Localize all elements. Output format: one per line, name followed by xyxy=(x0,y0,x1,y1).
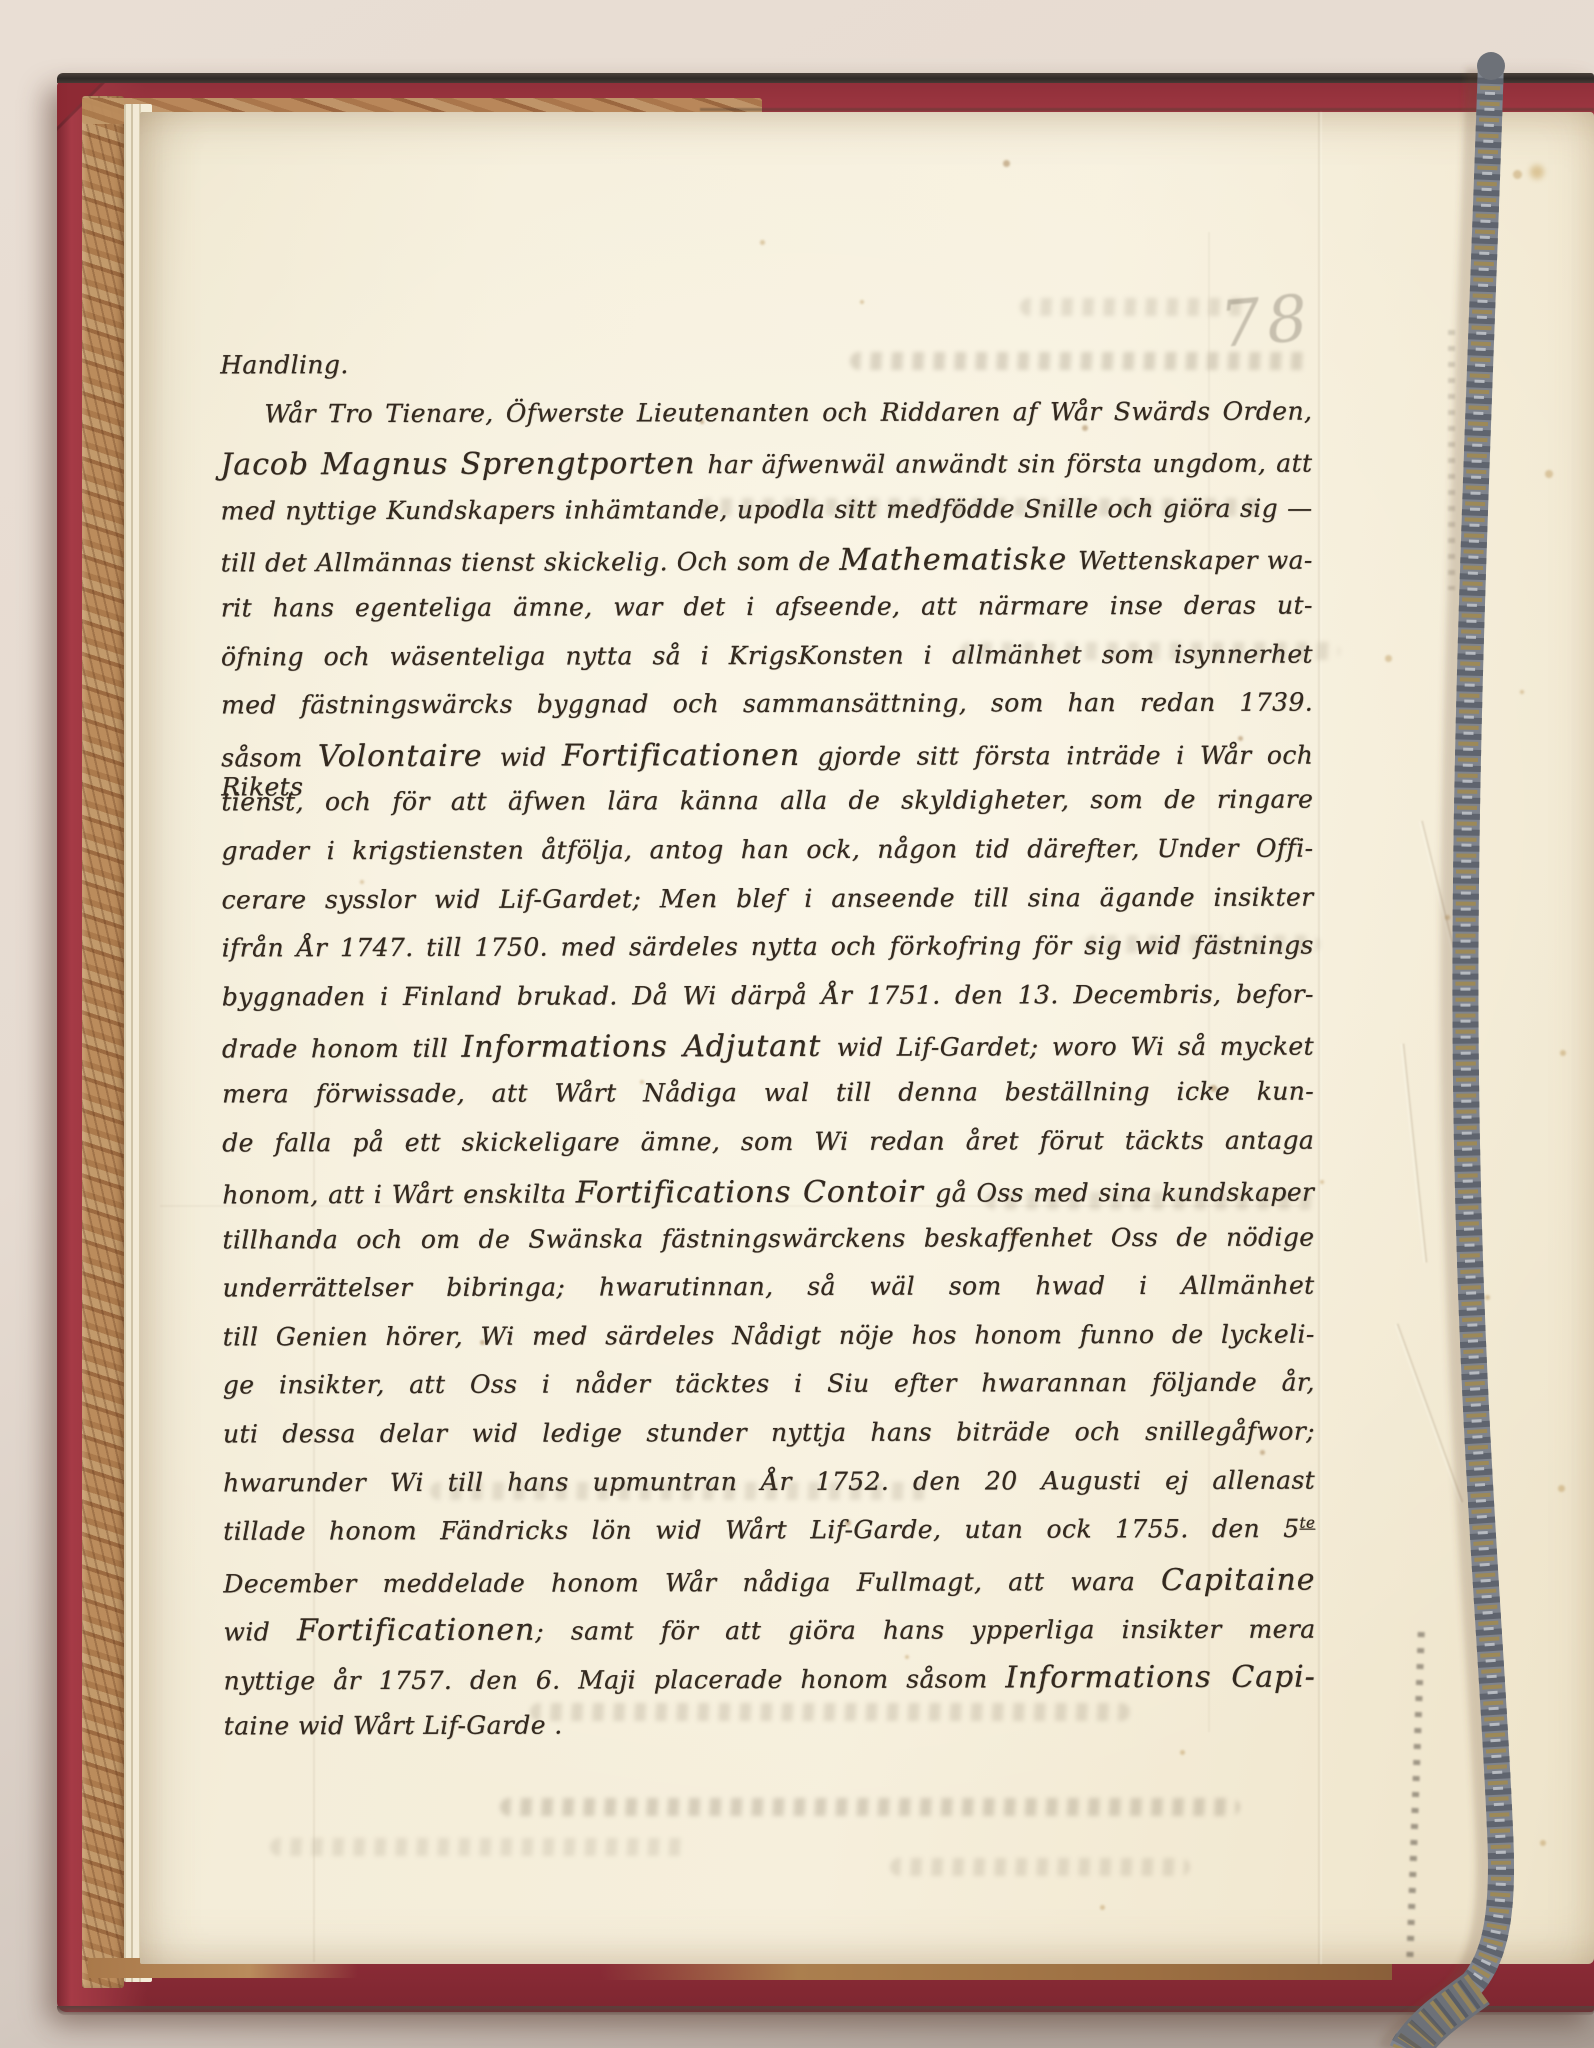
manuscript-page: 78 Handling.Wår Tro Tienare, Öfwerste Li… xyxy=(140,112,1594,1964)
manuscript-line: wid Fortificationen; samt för att giöra … xyxy=(223,1612,1315,1663)
manuscript-line: såsom Volontaire wid Fortificationen gjo… xyxy=(221,737,1313,788)
marbled-endpaper-strip xyxy=(82,96,124,1988)
fox-spot xyxy=(1530,165,1544,179)
fox-spot xyxy=(760,240,765,245)
manuscript-line: grader i krigstiensten åtfölja, antog ha… xyxy=(221,835,1313,886)
fox-spot xyxy=(1385,655,1392,662)
manuscript-line: December meddelade honom Wår nådiga Full… xyxy=(223,1563,1315,1614)
manuscript-line: Wår Tro Tienare, Öfwerste Lieutenanten o… xyxy=(220,397,1312,448)
paper-wrinkle xyxy=(1403,1043,1428,1262)
ghost-folio-number: 78 xyxy=(1217,286,1316,358)
manuscript-line: till det Allmännas tienst skickelig. Och… xyxy=(221,543,1313,594)
book-bottom-edge xyxy=(57,2006,1594,2015)
manuscript-line: öfning och wäsenteliga nytta så i KrigsK… xyxy=(221,640,1313,691)
page-top-shadow-line xyxy=(700,108,1594,111)
paper-wrinkle xyxy=(1421,821,1469,1006)
fox-spot xyxy=(1445,915,1450,920)
fox-spot xyxy=(1540,1840,1546,1846)
manuscript-line: tillade honom Fändricks lön wid Wårt Lif… xyxy=(223,1515,1315,1566)
fox-spot xyxy=(1558,1485,1565,1492)
manuscript-line: nyttige år 1757. den 6. Maji placerade h… xyxy=(224,1661,1316,1712)
ink-offset-dots xyxy=(1406,1632,1425,1962)
manuscript-line: med nyttige Kundskapers inhämtande, upod… xyxy=(221,494,1313,545)
bleedthrough-line xyxy=(890,1858,1190,1876)
manuscript-line: Jacob Magnus Sprengtporten har äfwenwäl … xyxy=(220,446,1312,497)
manuscript-line: tienst, och för att äfwen lära känna all… xyxy=(221,786,1313,837)
manuscript-line: ifrån År 1747. till 1750. med särdeles n… xyxy=(222,932,1314,983)
fox-spot xyxy=(1520,690,1524,694)
manuscript-line: uti dessa delar wid ledige stunder nyttj… xyxy=(223,1418,1315,1469)
fox-spot xyxy=(1100,1905,1105,1910)
manuscript-line: byggnaden i Finland brukad. Då Wi därpå … xyxy=(222,980,1314,1031)
scanned-manuscript-book: 78 Handling.Wår Tro Tienare, Öfwerste Li… xyxy=(0,0,1594,2048)
manuscript-line: ge insikter, att Oss i nåder täcktes i S… xyxy=(223,1369,1315,1420)
manuscript-line: med fästningswärcks byggnad och sammansä… xyxy=(221,689,1313,740)
manuscript-line: mera förwissade, att Wårt Nådiga wal til… xyxy=(222,1077,1314,1128)
fox-spot xyxy=(1560,1050,1566,1056)
manuscript-line: honom, att i Wårt enskilta Fortification… xyxy=(222,1175,1314,1226)
fox-spot xyxy=(1513,170,1522,179)
manuscript-line: hwarunder Wi till hans upmuntran År 1752… xyxy=(223,1466,1315,1517)
manuscript-line: rit hans egenteliga ämne, war det i afse… xyxy=(221,592,1313,643)
book-top-edge xyxy=(57,73,1594,83)
fox-spot xyxy=(1003,160,1010,167)
manuscript-line: tillhanda och om de Swänska fästningswär… xyxy=(222,1223,1314,1274)
page-crease-vertical-right xyxy=(1318,112,1320,1964)
manuscript-line: taine wid Wårt Lif-Garde . xyxy=(224,1709,1316,1760)
manuscript-line: Handling. xyxy=(220,349,1312,400)
fox-spot xyxy=(1545,470,1553,478)
manuscript-line: de falla på ett skickeligare ämne, som W… xyxy=(222,1126,1314,1177)
bleedthrough-line xyxy=(270,1838,690,1856)
bleedthrough-line xyxy=(500,1798,1240,1816)
manuscript-line: underrättelser bibringa; hwarutinnan, så… xyxy=(223,1272,1315,1323)
manuscript-line: cerare sysslor wid Lif-Gardet; Men blef … xyxy=(222,883,1314,934)
ink-offset-dots xyxy=(1448,330,1455,590)
manuscript-line: drade honom till Informations Adjutant w… xyxy=(222,1029,1314,1080)
fox-spot xyxy=(1485,1295,1490,1300)
paper-wrinkle xyxy=(1397,1323,1464,1502)
fox-spot xyxy=(860,300,864,304)
manuscript-text: Handling.Wår Tro Tienare, Öfwerste Lieut… xyxy=(220,349,1316,1761)
fox-spot xyxy=(1320,1180,1324,1184)
bleedthrough-line xyxy=(1020,298,1250,316)
manuscript-line: till Genien hörer, Wi med särdeles Nådig… xyxy=(223,1320,1315,1371)
